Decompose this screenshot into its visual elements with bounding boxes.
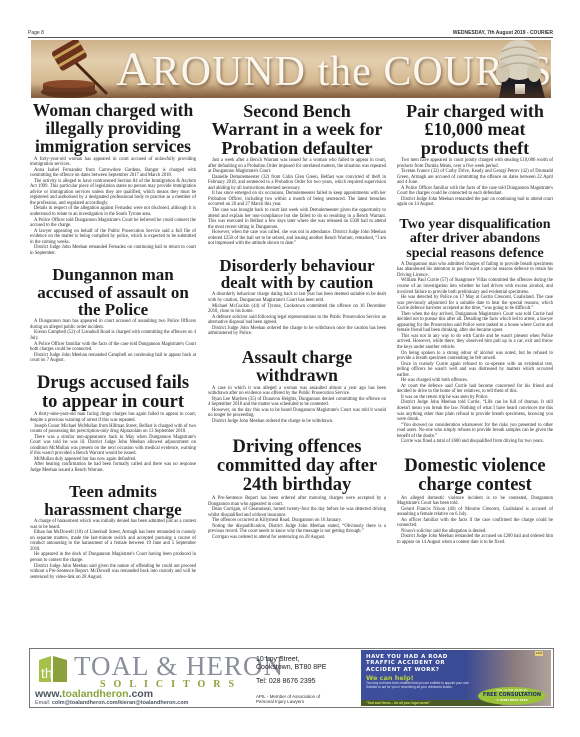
page-number: Page 8 [28, 30, 44, 36]
column-3: Pair charged with £10,000 meat products … [397, 102, 553, 553]
column-1: Woman charged with illegally providing i… [30, 102, 196, 588]
article-body: An alleged domestic violence incident is… [397, 496, 553, 546]
svg-text:th: th [41, 665, 53, 681]
article-immigration: Woman charged with illegally providing i… [30, 102, 196, 256]
firm-name: TOAL & HERON [74, 651, 284, 682]
rta-body: You may not have been realised that you … [366, 682, 476, 690]
article-meat-theft: Pair charged with £10,000 meat products … [397, 102, 553, 208]
headline: Drugs accused fails to appear in court [30, 374, 196, 412]
article-body: A Pre-Sentence Report has been ordered a… [208, 496, 386, 540]
article-domestic-violence: Domestic violence charge contest An alle… [397, 457, 553, 546]
article-harassment: Teen admits harassment charge A charge o… [30, 483, 196, 580]
rta-headline: HAVE YOU HAD A ROAD TRAFFIC ACCIDENT OR … [366, 654, 476, 673]
free-consultation-badge[interactable]: CALL US FOR AN INITIAL FREE CONSULTATION… [478, 687, 546, 705]
article-body: A thirty-nine-year-old man facing drugs … [30, 412, 196, 473]
firm-phone: Tel: 028 8676 2395 [256, 678, 316, 685]
headline: Domestic violence charge contest [397, 457, 553, 495]
toal-heron-advert[interactable]: th TOAL & HERON SOLICITORS www.toalandhe… [29, 648, 554, 708]
law-society-badge-icon: LAW [535, 651, 543, 656]
article-assault-police: Dungannon man accused of assault on the … [30, 266, 196, 363]
headline: Woman charged with illegally providing i… [30, 102, 196, 156]
toal-heron-logo-icon: th [37, 654, 69, 684]
firm-website-link[interactable]: www.toalandheron.com [35, 688, 153, 700]
dateline: WEDNESDAY, 7th August 2019 - COURIER [453, 30, 553, 36]
section-banner: AROUND the COURTS [31, 40, 551, 98]
article-body: A charge of harassment which was initial… [30, 519, 196, 580]
article-body: A forty-year-old woman has appeared in c… [30, 157, 196, 257]
article-assault-withdrawn: Assault charge withdrawn A case in which… [208, 349, 386, 425]
article-body: A Dungannon man who admitted charges of … [397, 262, 553, 445]
article-body: A disorderly behaviour charge dating bac… [208, 292, 386, 336]
headline: Teen admits harassment charge [30, 483, 196, 518]
headline: Second Bench Warrant in a week for Proba… [208, 102, 386, 157]
article-body: Two men have appeared in court jointly c… [397, 158, 553, 208]
article-body: A case in which it was alleged a woman w… [208, 386, 386, 425]
article-bench-warrant: Second Bench Warrant in a week for Proba… [208, 102, 386, 247]
firm-address: 10 Loy Street, Cookstown, BT80 8PE [256, 656, 326, 673]
column-2: Second Bench Warrant in a week for Proba… [208, 102, 386, 548]
article-body: A Dungannon man has appeared in court ac… [30, 319, 196, 363]
banner-shade [31, 84, 551, 98]
headline: Two year disqualification after driver a… [397, 218, 553, 261]
headline: Assault charge withdrawn [208, 349, 386, 385]
page-header: Page 8 WEDNESDAY, 7th August 2019 - COUR… [28, 30, 553, 38]
apil-membership: APIL - Member of Association of Personal… [256, 694, 320, 705]
article-driving-offences: Driving offences committed day after 24t… [208, 438, 386, 540]
road-traffic-accident-ad[interactable]: HAVE YOU HAD A ROAD TRAFFIC ACCIDENT OR … [361, 650, 551, 706]
headline: Driving offences committed day after 24t… [208, 438, 386, 495]
headline: Disorderly behaviour dealt with by cauti… [208, 257, 386, 292]
article-disorderly: Disorderly behaviour dealt with by cauti… [208, 257, 386, 337]
headline: Dungannon man accused of assault on the … [30, 266, 196, 318]
article-body: Just a week after a Bench Warrant was is… [208, 158, 386, 247]
article-disqualification: Two year disqualification after driver a… [397, 218, 553, 445]
article-drugs: Drugs accused fails to appear in court A… [30, 374, 196, 474]
headline: Pair charged with £10,000 meat products … [397, 102, 553, 157]
firm-email[interactable]: Email: colm@toalandheron.com/kieran@toal… [35, 700, 188, 706]
